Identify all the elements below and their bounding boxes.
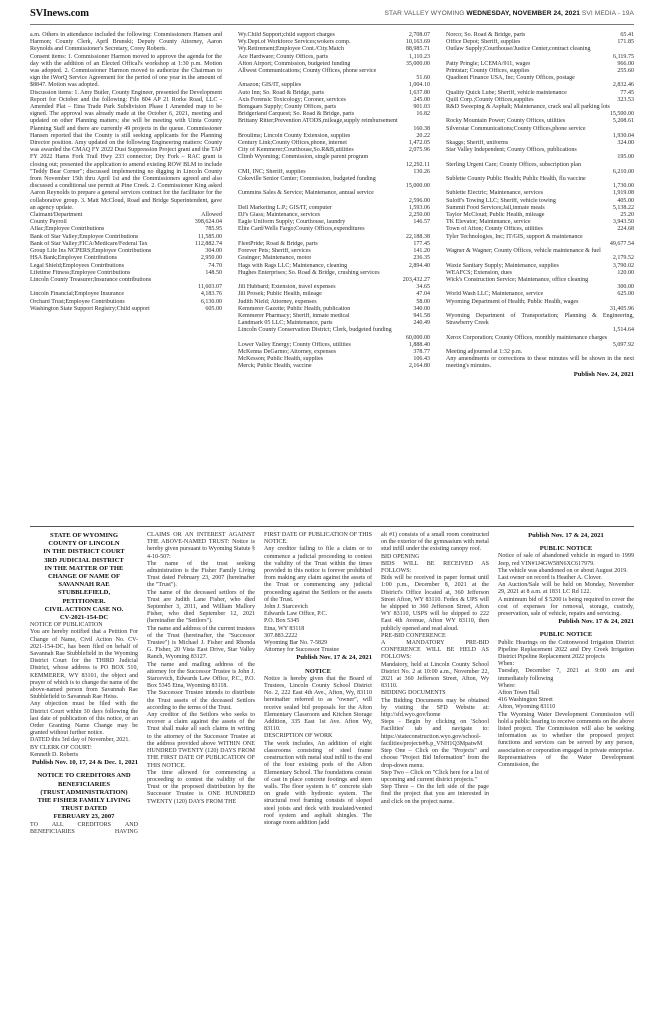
claim-amount: 785.95: [205, 226, 222, 233]
claim-entry: Jill Prosek; Public Health, mileage47.04: [238, 291, 430, 298]
title-line: STATE OF WYOMING: [30, 532, 138, 540]
title-line: THE FISHER FAMILY LIVING TRUST DATED: [30, 797, 138, 813]
notice-paragraph: You are hereby notified that a Petition …: [30, 629, 138, 701]
claim-entry: Norco; So. Road & Bridge, parts65.41: [446, 32, 634, 39]
notice-paragraph: TO ALL CREDITORS AND BENEFICIARIES HAVIN…: [30, 822, 138, 836]
claim-entry: City of Kemmerer;Courthouse,So.R&B,utili…: [238, 147, 430, 154]
claim-amount: 3,790.02: [613, 263, 634, 270]
claim-amount: 6,119.75: [446, 54, 634, 61]
claim-name: Cokeville Senior Center; Commission, bud…: [238, 176, 430, 183]
section-divider: [30, 526, 634, 527]
claim-amount: 47.04: [416, 291, 430, 298]
claim-amount: 11,603.07: [30, 284, 222, 291]
claim-amount: 300.00: [446, 284, 634, 291]
notice-paragraph: The name and address of the current trus…: [147, 626, 255, 662]
claim-amount: 625.00: [617, 291, 634, 298]
notice-paragraph: Any creditor failing to file a claim or …: [264, 546, 372, 604]
minutes-column-3: Norco; So. Road & Bridge, parts65.41Offi…: [446, 32, 634, 378]
hearing-notice-body: Public Hearings on the Cottonwood Irriga…: [498, 640, 634, 770]
claim-amount: 11,585.00: [198, 234, 222, 241]
claim-name: Wyoming Department of Transportation; Pl…: [446, 313, 634, 327]
hearing-notice-title: PUBLIC NOTICE: [498, 631, 634, 639]
minutes-paragraph: Consent items: 1. Commissioner Harmon mo…: [30, 54, 222, 90]
claim-entry: Forever Pets; Sheriff, services141.20: [238, 248, 430, 255]
trust-signature: John J. StarcevichEdwards Law Office, P.…: [264, 604, 372, 654]
claim-entry: Dell Marketing L.P.; GIS/IT, computer1,5…: [238, 205, 430, 212]
claim-entry: Kemmerer Gazette; Public Health, publica…: [238, 306, 430, 313]
name-change-title: STATE OF WYOMINGCOUNTY OF LINCOLNIN THE …: [30, 532, 138, 622]
claim-amount: 240.49: [413, 320, 430, 327]
bid-notice-title: NOTICE: [264, 668, 372, 676]
title-line: 3RD JUDICIAL DISTRICT: [30, 557, 138, 565]
claim-amount: 236.35: [413, 255, 430, 262]
claim-entry: CMI, INC; Sheriff, supplies130.26: [238, 169, 430, 176]
claim-amount: 901.03: [413, 104, 430, 111]
trust-notice-body: CLAIMS OR AN INTEREST AGAINST THE ABOVE-…: [147, 532, 255, 806]
claim-entry: Grainger; Maintenance, motor236.35: [238, 255, 430, 262]
claim-amount: 405.00: [617, 198, 634, 205]
claim-amount: 177.45: [413, 241, 430, 248]
claim-amount: 49,677.54: [446, 241, 634, 248]
notice-paragraph: CLAIMS OR AN INTEREST AGAINST THE ABOVE-…: [147, 532, 255, 561]
notice-paragraph: The Bidding Documents may be obtained by…: [381, 698, 489, 720]
claim-entry: Cummins Sales & Service; Maintenance, an…: [238, 190, 430, 204]
claim-entry: Hughes Enterprises; So. Road & Bridge, c…: [238, 270, 430, 284]
claim-name: Wagner & Wagner; County Offices, vehicle…: [446, 248, 634, 255]
claim-name: Waxie Sanitary Supply; Maintenance, supp…: [446, 263, 559, 270]
claim-entry: Sublette Electric; Maintenance, services…: [446, 190, 634, 197]
claim-name: Grainger; Maintenance, motor: [238, 255, 311, 262]
publish-line: Publish Nov. 17 & 24, 2021: [498, 532, 634, 539]
title-line: 307.883.2222: [264, 633, 372, 640]
claim-amount: 1,930.04: [446, 133, 634, 140]
claim-entry: Star Valley Independent; County Offices,…: [446, 147, 634, 161]
claim-entry: McKenna DeGarmo; Attorney, expenses378.7…: [238, 349, 430, 356]
claim-entry: Brittany Ritter;Prevention ATODS,mileage…: [238, 118, 430, 132]
claim-name: Bridgerland Carquest; So. Road & Bridge,…: [238, 111, 354, 118]
claim-entry: Bank of Star Valley;FICA/Medicare/Federa…: [30, 241, 222, 248]
notice-paragraph: alt #1) consists of a small room constru…: [381, 532, 489, 554]
claim-amount: 245.00: [413, 97, 430, 104]
claim-entry: Bank of Star Valley;Employee Contributio…: [30, 234, 222, 241]
claim-amount: 2,164.80: [409, 363, 430, 370]
claim-entry: Quality Quick Lube; Sheriff, vehicle mai…: [446, 90, 634, 97]
claim-name: R&D Sweeping & Asphalt; Maintenance, cra…: [446, 104, 634, 111]
claim-amount: 255.60: [617, 68, 634, 75]
notice-paragraph: A minimum bid of $ 5200 is being require…: [498, 597, 634, 619]
claimant-heading: Claimant/Department: [30, 212, 82, 219]
claim-amount: 20.22: [416, 133, 430, 140]
claim-entry: Lifetime Fitness;Employee Contributions1…: [30, 270, 222, 277]
claim-amount: 12,292.11: [238, 162, 430, 169]
notice-paragraph: Representatives of the Water Development…: [498, 755, 634, 769]
claim-name: Sublette County Public Health; Public He…: [446, 176, 634, 183]
claim-name: McKesson; Public Health, supplies: [238, 356, 323, 363]
claim-entry: Lower Valley Energy; County Offices, uti…: [238, 342, 430, 349]
publish-line: Publish Nov. 10, 17, 24 & Dec. 1, 2021: [30, 759, 138, 766]
notice-paragraph: The Successor Trustee intends to distrib…: [147, 690, 255, 712]
claim-amount: 148.50: [205, 270, 222, 277]
claim-amount: 2,179.52: [446, 255, 634, 262]
claim-entry: Wy.Dept.of Workforce Services;wokers com…: [238, 39, 430, 46]
claim-name: Tyler Technologies, Inc; IT/GIS, support…: [446, 234, 634, 241]
claim-amount: 112,882.74: [195, 241, 222, 248]
notice-paragraph: Last owner on record is Heather A. Clove…: [498, 575, 634, 582]
notice-paragraph: BY CLERK OF COURT:: [30, 745, 138, 752]
claim-entry: R&D Sweeping & Asphalt; Maintenance, cra…: [446, 104, 634, 118]
claim-entry: Bomgaars Supply; County Offices, parts90…: [238, 104, 430, 111]
claim-name: Kemmerer Pharmacy; Sheriff, inmate medic…: [238, 313, 350, 320]
claim-entry: McKesson; Public Health, supplies106.43: [238, 356, 430, 363]
notice-paragraph: When:: [498, 661, 634, 668]
claim-name: Suloff's Towing LLC; Sheriff, vehicle to…: [446, 198, 556, 205]
paper-name: STAR VALLEY WYOMING: [385, 10, 465, 17]
vehicle-notice-body: Notice of sale of abandoned vehicle in r…: [498, 553, 634, 618]
claim-entry: Wyoming Department of Transportation; Pl…: [446, 313, 634, 335]
claim-name: Broulims; Lincoln County Extension, supp…: [238, 133, 350, 140]
notice-paragraph: Kenneth D. Roberts: [30, 752, 138, 759]
title-line: SAVANNAH RAE: [30, 581, 138, 589]
title-line: CHANGE OF NAME OF: [30, 573, 138, 581]
claims-list: Norco; So. Road & Bridge, parts65.41Offi…: [446, 32, 634, 349]
notice-paragraph: FIRST DATE OF PUBLICATION OF THIS NOTICE…: [264, 532, 372, 546]
claim-entry: HSA Bank;Employee Contributions2,950.00: [30, 255, 222, 262]
claim-amount: 58.00: [416, 299, 430, 306]
claim-amount: 60,000.00: [238, 335, 430, 342]
claim-entry: TK Elevator; Maintenance, service3,943.5…: [446, 219, 634, 226]
title-line: NOTICE TO CREDITORS AND BENEFICIARIES: [30, 772, 138, 788]
page-number: SVI MEDIA - 19A: [582, 10, 634, 17]
claim-entry: Silverstar Communications;County Offices…: [446, 126, 634, 140]
title-line: Attorney for Successor Trustee: [264, 647, 372, 654]
claim-entry: Wy.Retirement;Employee Cont./City.Match8…: [238, 46, 430, 53]
claim-name: City of Kemmerer;Courthouse,So.R&B,utili…: [238, 147, 354, 154]
claim-entry: Sterling Urgent Care; County Offices, su…: [446, 162, 634, 176]
claim-name: Office Depot; Sheriff, supplies: [446, 39, 520, 46]
claim-amount: 605.00: [205, 306, 222, 313]
claim-amount: 16.82: [416, 111, 430, 118]
claim-amount: 25.20: [620, 212, 634, 219]
claim-amount: 1,514.64: [446, 327, 634, 334]
claim-name: Aflac;Employee Contributions: [30, 226, 104, 233]
claim-name: Outlaw Supply;Courthouse/Justice Center,…: [446, 46, 634, 53]
claim-entry: Wy.Child Support;child support charges2,…: [238, 32, 430, 39]
title-line: COUNTY OF LINCOLN: [30, 540, 138, 548]
minutes-column-1: a.m. Others in attendance included the f…: [30, 32, 222, 313]
claim-entry: Quill Corp.;County Offices,supplies323.5…: [446, 97, 634, 104]
claim-name: Lincoln County Treasurer;Insurance contr…: [30, 277, 222, 284]
title-line: STUBBLEFIELD,: [30, 589, 138, 597]
site-name: SVInews.com: [30, 8, 89, 19]
claim-name: Elite Card/Wells Fargo;County Offices,ex…: [238, 226, 430, 233]
notice-paragraph: Afton Town Hall: [498, 690, 634, 697]
claim-name: Brittany Ritter;Prevention ATODS,mileage…: [238, 118, 430, 125]
claim-entry: Sublette County Public Health; Public He…: [446, 176, 634, 190]
claim-entry: Wagner & Wagner; County Offices, vehicle…: [446, 248, 634, 262]
claim-entry: Tyler Technologies, Inc; IT/GIS, support…: [446, 234, 634, 248]
claim-name: Norco; So. Road & Bridge, parts: [446, 32, 525, 39]
notice-paragraph: Where:: [498, 683, 634, 690]
title-line: Etna, WY 83118: [264, 626, 372, 633]
notice-paragraph: The name of the trust seeking administra…: [147, 561, 255, 590]
claim-entry: Jill Hubbard; Extension, travel expenses…: [238, 284, 430, 291]
minutes-paragraph: Discussion items: 1. Amy Butler, County …: [30, 90, 222, 212]
claim-amount: 1,730.00: [446, 183, 634, 190]
claim-amount: 171.85: [617, 39, 634, 46]
claim-entry: Quadient Finance USA, Inc; County Office…: [446, 75, 634, 89]
claim-amount: 5,097.92: [446, 342, 634, 349]
claim-entry: Hags with Rags LLC; Maintenance, cleanin…: [238, 263, 430, 270]
claim-amount: 2,596.00: [238, 198, 430, 205]
claim-name: Hags with Rags LLC; Maintenance, cleanin…: [238, 263, 347, 270]
publish-line: Publish Nov. 24, 2021: [446, 371, 634, 378]
claim-entry: Washington State Support Registry;Child …: [30, 306, 222, 313]
notice-paragraph: DATED this 3rd day of November, 2021.: [30, 737, 138, 744]
page-info: STAR VALLEY WYOMING WEDNESDAY, NOVEMBER …: [385, 10, 635, 17]
claim-amount: 74.70: [208, 263, 222, 270]
title-line: IN THE DISTRICT COURT: [30, 548, 138, 556]
notice-paragraph: BIDDING DOCUMENTS: [381, 690, 489, 697]
claim-amount: 120.00: [617, 270, 634, 277]
claim-entry: Auto Inn; So. Road & Bridge, parts1,637.…: [238, 90, 430, 97]
claim-entry: County Payroll398,624.04: [30, 219, 222, 226]
claim-amount: 31,405.96: [446, 306, 634, 313]
claim-entry: Lincoln Financial;Employee Insurance4,18…: [30, 291, 222, 298]
claim-amount: 398,624.04: [195, 219, 222, 226]
trust-notice-body: FIRST DATE OF PUBLICATION OF THIS NOTICE…: [264, 532, 372, 604]
claim-name: Wy.Child Support;child support charges: [238, 32, 335, 39]
publish-line: Publish Nov. 17 & 24, 2021: [264, 654, 372, 661]
claim-entry: Outlaw Supply;Courthouse/Justice Center,…: [446, 46, 634, 60]
issue-date: WEDNESDAY, NOVEMBER 24, 2021: [466, 10, 580, 17]
claim-name: Bank of Star Valley;FICA/Medicare/Federa…: [30, 241, 148, 248]
claim-name: Lincoln County Conservation District; Cl…: [238, 327, 430, 334]
notice-paragraph: Tuesday, December 7, 2021 at 9:00 am and…: [498, 668, 634, 682]
claim-amount: 340.00: [413, 306, 430, 313]
claim-entry: Patty Pringle; LCEMA/911, wages966.00: [446, 61, 634, 68]
claim-name: Bank of Star Valley;Employee Contributio…: [30, 234, 138, 241]
claim-entry: World Wash LLC; Maintenance, service625.…: [446, 291, 634, 298]
claim-amount: 15,500.00: [446, 111, 634, 118]
bid-notice-body: Notice is hereby given that the Board of…: [264, 676, 372, 827]
claim-name: Lifetime Fitness;Employee Contributions: [30, 270, 130, 277]
claim-amount: 378.77: [413, 349, 430, 356]
notices-column-4: alt #1) consists of a small room constru…: [381, 532, 489, 806]
claim-amount: 65.41: [620, 32, 634, 39]
claim-entry: Afton Airport; Commission, budgeted fund…: [238, 61, 430, 68]
claim-amount: 2,894.40: [409, 263, 430, 270]
minutes-paragraph: a.m. Others in attendance included the f…: [30, 32, 222, 54]
claim-amount: 141.20: [413, 248, 430, 255]
claim-entry: Elite Card/Wells Fargo;County Offices,ex…: [238, 226, 430, 240]
claim-amount: 966.00: [617, 61, 634, 68]
claim-name: Legal Shield;Employees Contributions: [30, 263, 124, 270]
claim-name: World Wash LLC; Maintenance, service: [446, 291, 543, 298]
notice-paragraph: Notice of sale of abandoned vehicle in r…: [498, 553, 634, 567]
claim-entry: WEAFCS; Extension, dues120.00: [446, 270, 634, 277]
claim-amount: 2,708.07: [409, 32, 430, 39]
claim-name: Jill Prosek; Public Health, mileage: [238, 291, 322, 298]
claim-amount: 1,593.06: [409, 205, 430, 212]
claim-amount: 1,110.23: [409, 54, 430, 61]
claims-list: Wy.Child Support;child support charges2,…: [238, 32, 430, 371]
title-line: CV-2021-154-DC: [30, 614, 138, 622]
claim-name: Ace Hardware; County Offices, parts: [238, 54, 328, 61]
title-line: P.O. Box 5345: [264, 618, 372, 625]
claim-amount: 1,472.05: [409, 140, 430, 147]
notices-column-1: STATE OF WYOMINGCOUNTY OF LINCOLNIN THE …: [30, 532, 138, 836]
notice-paragraph: Afton, Wyoming 83110: [498, 704, 634, 711]
title-line: IN THE MATTER OF THE: [30, 565, 138, 573]
claim-name: Town of Afton; County Offices, utilities: [446, 226, 543, 233]
claim-entry: Century Link;County Offices,phone, inter…: [238, 140, 430, 147]
notice-paragraph: The Wyoming Water Development Commission…: [498, 712, 634, 755]
claim-amount: 195.00: [446, 154, 634, 161]
notices-column-2: CLAIMS OR AN INTEREST AGAINST THE ABOVE-…: [147, 532, 255, 806]
minutes-closing: Any amendments or corrections to these m…: [446, 356, 634, 370]
claim-name: DJ's Glass; Maintenance, services: [238, 212, 320, 219]
notice-paragraph: Step Three – On the left side of the pag…: [381, 784, 489, 806]
claim-amount: 6,130.00: [201, 299, 222, 306]
claim-amount: 35,000.00: [406, 61, 430, 68]
claim-amount: 130.26: [413, 169, 430, 176]
claim-entry: Taylor McCloud; Public Health, mileage25…: [446, 212, 634, 219]
notice-paragraph: Bids will be received in paper format un…: [381, 575, 489, 633]
claim-amount: 22,188.38: [238, 234, 430, 241]
notice-paragraph: PRE-BID CONFERENCE: [381, 633, 489, 640]
notices-column-5: Publish Nov. 17 & 24, 2021 PUBLIC NOTICE…: [498, 532, 634, 769]
notice-paragraph: BID OPENING: [381, 554, 489, 561]
minutes-column-2: Wy.Child Support;child support charges2,…: [238, 32, 430, 371]
claim-entry: Lincoln County Treasurer;Insurance contr…: [30, 277, 222, 291]
claim-amount: 2,832.46: [446, 82, 634, 89]
notice-paragraph: Step One – Click on the "Projects" and c…: [381, 748, 489, 770]
claim-amount: 88,985.71: [406, 46, 430, 53]
notice-paragraph: The name of the deceased settlors of the…: [147, 590, 255, 626]
title-line: PETITIONER.: [30, 598, 138, 606]
claim-name: Lincoln Financial;Employee Insurance: [30, 291, 124, 298]
claim-entry: Kemmerer Pharmacy; Sheriff, inmate medic…: [238, 313, 430, 320]
claim-entry: Aflac;Employee Contributions785.95: [30, 226, 222, 233]
claim-name: Dell Marketing L.P.; GIS/IT, computer: [238, 205, 332, 212]
claim-entry: Broulims; Lincoln County Extension, supp…: [238, 133, 430, 140]
claim-amount: 146.57: [413, 219, 430, 226]
claim-name: Quill Corp.;County Offices,supplies: [446, 97, 534, 104]
claim-entry: Lincoln County Conservation District; Cl…: [238, 327, 430, 341]
claim-entry: Waxie Sanitary Supply; Maintenance, supp…: [446, 263, 634, 270]
claim-amount: 10,163.69: [406, 39, 430, 46]
claim-entry: FleetPride; Road & Bridge, parts177.45: [238, 241, 430, 248]
claim-entry: Axis Forensic Toxicology; Coroner, servi…: [238, 97, 430, 104]
claim-entry: Office Depot; Sheriff, supplies171.85: [446, 39, 634, 46]
claim-amount: 941.58: [413, 313, 430, 320]
claim-name: TK Elevator; Maintenance, service: [446, 219, 531, 226]
notice-paragraph: Mandatory, held at Lincoln County School…: [381, 662, 489, 691]
claim-entry: Wick's Construction Service; Maintenance…: [446, 277, 634, 291]
claim-entry: Summit Food Services;Jail,inmate meals5,…: [446, 205, 634, 212]
claim-name: Orchard Trust;Employee Contributions: [30, 299, 125, 306]
claim-name: County Payroll: [30, 219, 67, 226]
claim-name: Century Link;County Offices,phone, inter…: [238, 140, 347, 147]
claim-entry: Allwest Communications; County Offices, …: [238, 68, 430, 82]
claim-name: Climb Wyoming; Commission, single parent…: [238, 154, 430, 161]
claim-name: Quadient Finance USA, Inc; County Office…: [446, 75, 634, 82]
claim-entry: Group Life Ins NCPERS;Employee Contribut…: [30, 248, 222, 255]
claim-entry: Ace Hardware; County Offices, parts1,110…: [238, 54, 430, 61]
notice-paragraph: Any objection must be filed with the Dis…: [30, 701, 138, 737]
claim-entry: Orchard Trust;Employee Contributions6,13…: [30, 299, 222, 306]
claim-name: Star Valley Independent; County Offices,…: [446, 147, 634, 154]
claim-entry: Legal Shield;Employees Contributions74.7…: [30, 263, 222, 270]
claim-amount: 3,943.50: [613, 219, 634, 226]
notice-paragraph: The name and mailing address of the atto…: [147, 662, 255, 691]
claim-amount: 77.45: [620, 90, 634, 97]
claim-amount: 160.38: [238, 126, 430, 133]
notice-paragraph: Notice is hereby given that the Board of…: [264, 676, 372, 734]
notice-paragraph: Public Hearings on the Cottonwood Irriga…: [498, 640, 634, 662]
claim-name: Wy.Retirement;Employee Cont./City.Match: [238, 46, 344, 53]
claim-amount: 1,919.08: [613, 190, 634, 197]
claim-name: Wick's Construction Service; Maintenance…: [446, 277, 634, 284]
claim-amount: 224.68: [617, 226, 634, 233]
claim-entry: Amazon; GIS/IT, supplies1,004.10: [238, 82, 430, 89]
claim-amount: 1,888.40: [409, 342, 430, 349]
claim-name: Hughes Enterprises; So. Road & Bridge, c…: [238, 270, 430, 277]
notices-column-3: FIRST DATE OF PUBLICATION OF THIS NOTICE…: [264, 532, 372, 827]
claim-name: Auto Inn; So. Road & Bridge, parts: [238, 90, 324, 97]
notice-paragraph: Step Two – Click on "Click here for a li…: [381, 770, 489, 784]
claim-name: Allwest Communications; County Offices, …: [238, 68, 430, 75]
claim-amount: 2,950.00: [201, 255, 222, 262]
claim-name: Silverstar Communications;County Offices…: [446, 126, 634, 133]
claim-name: Wyoming Department of Health; Public Hea…: [446, 299, 634, 306]
claim-entry: Judith Nield; Attorney, expenses58.00: [238, 299, 430, 306]
claim-amount: 4,183.76: [201, 291, 222, 298]
claim-name: Quality Quick Lube; Sheriff, vehicle mai…: [446, 90, 567, 97]
claim-name: Bomgaars Supply; County Offices, parts: [238, 104, 336, 111]
claim-amount: 34.65: [416, 284, 430, 291]
claim-amount: 5,138.22: [613, 205, 634, 212]
claim-name: McKenna DeGarmo; Attorney, expenses: [238, 349, 336, 356]
claim-entry: Suloff's Towing LLC; Sheriff, vehicle to…: [446, 198, 634, 205]
notice-paragraph: BIDS WILL BE RECEIVED AS FOLLOWS:: [381, 561, 489, 575]
claim-name: Amazon; GIS/IT, supplies: [238, 82, 301, 89]
notice-paragraph: The work includes, An addition of eight …: [264, 741, 372, 827]
claim-name: Wy.Dept.of Workforce Services;wokers com…: [238, 39, 351, 46]
claim-name: Rocky Mountain Power; County Offices, ut…: [446, 118, 565, 125]
notice-paragraph: The vehicle was abandoned on or about Au…: [498, 568, 634, 575]
notice-paragraph: The time allowed for commencing a procee…: [147, 770, 255, 806]
claim-entry: Cokeville Senior Center; Commission, bud…: [238, 176, 430, 190]
claims-header: Claimant/Department Allowed: [30, 212, 222, 219]
claim-amount: 323.53: [617, 97, 634, 104]
claim-entry: Town of Afton; County Offices, utilities…: [446, 226, 634, 233]
claim-name: Group Life Ins NCPERS;Employee Contribut…: [30, 248, 151, 255]
publish-line: Publish Nov. 17 & 24, 2021: [498, 618, 634, 625]
claim-name: Axis Forensic Toxicology; Coroner, servi…: [238, 97, 346, 104]
title-line: CIVIL ACTION CASE NO.: [30, 606, 138, 614]
claim-name: FleetPride; Road & Bridge, parts: [238, 241, 318, 248]
claim-name: CMI, INC; Sheriff, supplies: [238, 169, 306, 176]
claim-name: WEAFCS; Extension, dues: [446, 270, 512, 277]
claim-amount: 51.60: [238, 75, 430, 82]
title-line: FEBRUARY 23, 2007: [30, 813, 138, 821]
notice-paragraph: An Auction/Sale will be held on Monday, …: [498, 582, 634, 596]
bid-notice-body: alt #1) consists of a small room constru…: [381, 532, 489, 806]
claim-entry: Bridgerland Carquest; So. Road & Bridge,…: [238, 111, 430, 118]
claim-name: Sterling Urgent Care; County Offices, su…: [446, 162, 634, 169]
page-header: SVInews.com STAR VALLEY WYOMING WEDNESDA…: [30, 8, 634, 25]
